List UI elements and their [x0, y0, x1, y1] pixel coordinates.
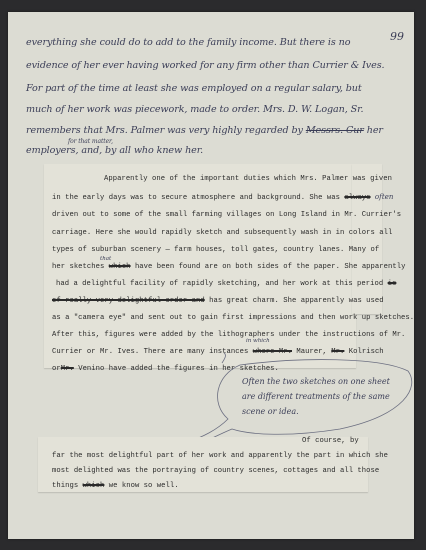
struck-text: always	[344, 194, 370, 202]
callout-line-2: are different treatments of the same	[242, 392, 390, 401]
inserted-text: in which	[246, 338, 270, 344]
typed-line-2-text: in the early days was to secure atmosphe…	[52, 194, 340, 202]
typed-line-8: of really very delightful order and has …	[52, 297, 384, 305]
typed-line-2: in the early days was to secure atmosphe…	[52, 193, 393, 202]
typed-line-6-rest: have been found are on both sides of the…	[135, 263, 406, 271]
typed-line-16-text: things	[52, 482, 78, 490]
inserted-text: often	[375, 193, 394, 201]
handwritten-line-6: for that matter, employers, and, by all …	[26, 145, 203, 156]
typed-line-16: things which we know so well.	[52, 482, 179, 490]
typed-line-12-text: or	[52, 365, 61, 373]
handwritten-line-2: evidence of her ever having worked for a…	[26, 60, 384, 71]
typed-line-9: as a "camera eye" and sent out to gain f…	[52, 314, 414, 322]
typed-line-7-text: had a delightful facility of rapidly ske…	[56, 280, 383, 288]
typed-line-16-rest: we know so well.	[109, 482, 179, 490]
typed-line-13: Of course, by	[302, 437, 359, 445]
inserted-text: for that matter,	[68, 138, 113, 145]
typed-line-1: Apparently one of the important duties w…	[104, 175, 392, 183]
struck-text: Mr.	[61, 365, 74, 373]
struck-text: of really very delightful order and	[52, 297, 205, 305]
typed-line-3: driven out to some of the small farming …	[52, 211, 401, 219]
typed-line-7: had a delightful facility of rapidly ske…	[56, 280, 396, 288]
typed-line-10: After this, figures were added by the li…	[52, 331, 405, 339]
handwritten-line-3: For part of the time at least she was em…	[26, 83, 362, 94]
typed-line-4: carriage. Here she would rapidly sketch …	[52, 229, 392, 237]
handwritten-line-1: everything she could do to add to the fa…	[26, 37, 350, 48]
handwritten-line-6-text: employers, and, by all who knew her.	[26, 145, 203, 156]
typed-line-15: most delighted was the portraying of cou…	[52, 467, 379, 475]
struck-text: which	[83, 482, 105, 490]
callout-line-1: Often the two sketches on one sheet	[242, 377, 390, 386]
inserted-text: that	[100, 256, 111, 262]
struck-text: which	[109, 263, 131, 271]
handwritten-line-5-text: remembers that Mrs. Palmer was very high…	[26, 125, 303, 136]
typed-line-8-text: has great charm. She apparently was used	[209, 297, 384, 305]
callout-line-3: scene or idea.	[242, 407, 299, 416]
struck-text: Messrs. Cur	[306, 125, 364, 136]
typed-line-5: types of suburban scenery — farm houses,…	[52, 246, 379, 254]
handwritten-line-5: remembers that Mrs. Palmer was very high…	[26, 125, 383, 136]
page-number: 99	[390, 30, 404, 43]
typed-line-6-text: her sketches	[52, 263, 104, 271]
typed-line-6: her sketches which have been found are o…	[52, 263, 405, 271]
struck-text: is	[388, 280, 397, 288]
handwritten-line-5-end: her	[367, 125, 383, 136]
handwritten-line-4: much of her work was piecework, made to …	[26, 104, 364, 115]
typed-line-14: far the most delightful part of her work…	[52, 452, 388, 460]
pasted-typed-strip-1-extension	[352, 164, 382, 314]
